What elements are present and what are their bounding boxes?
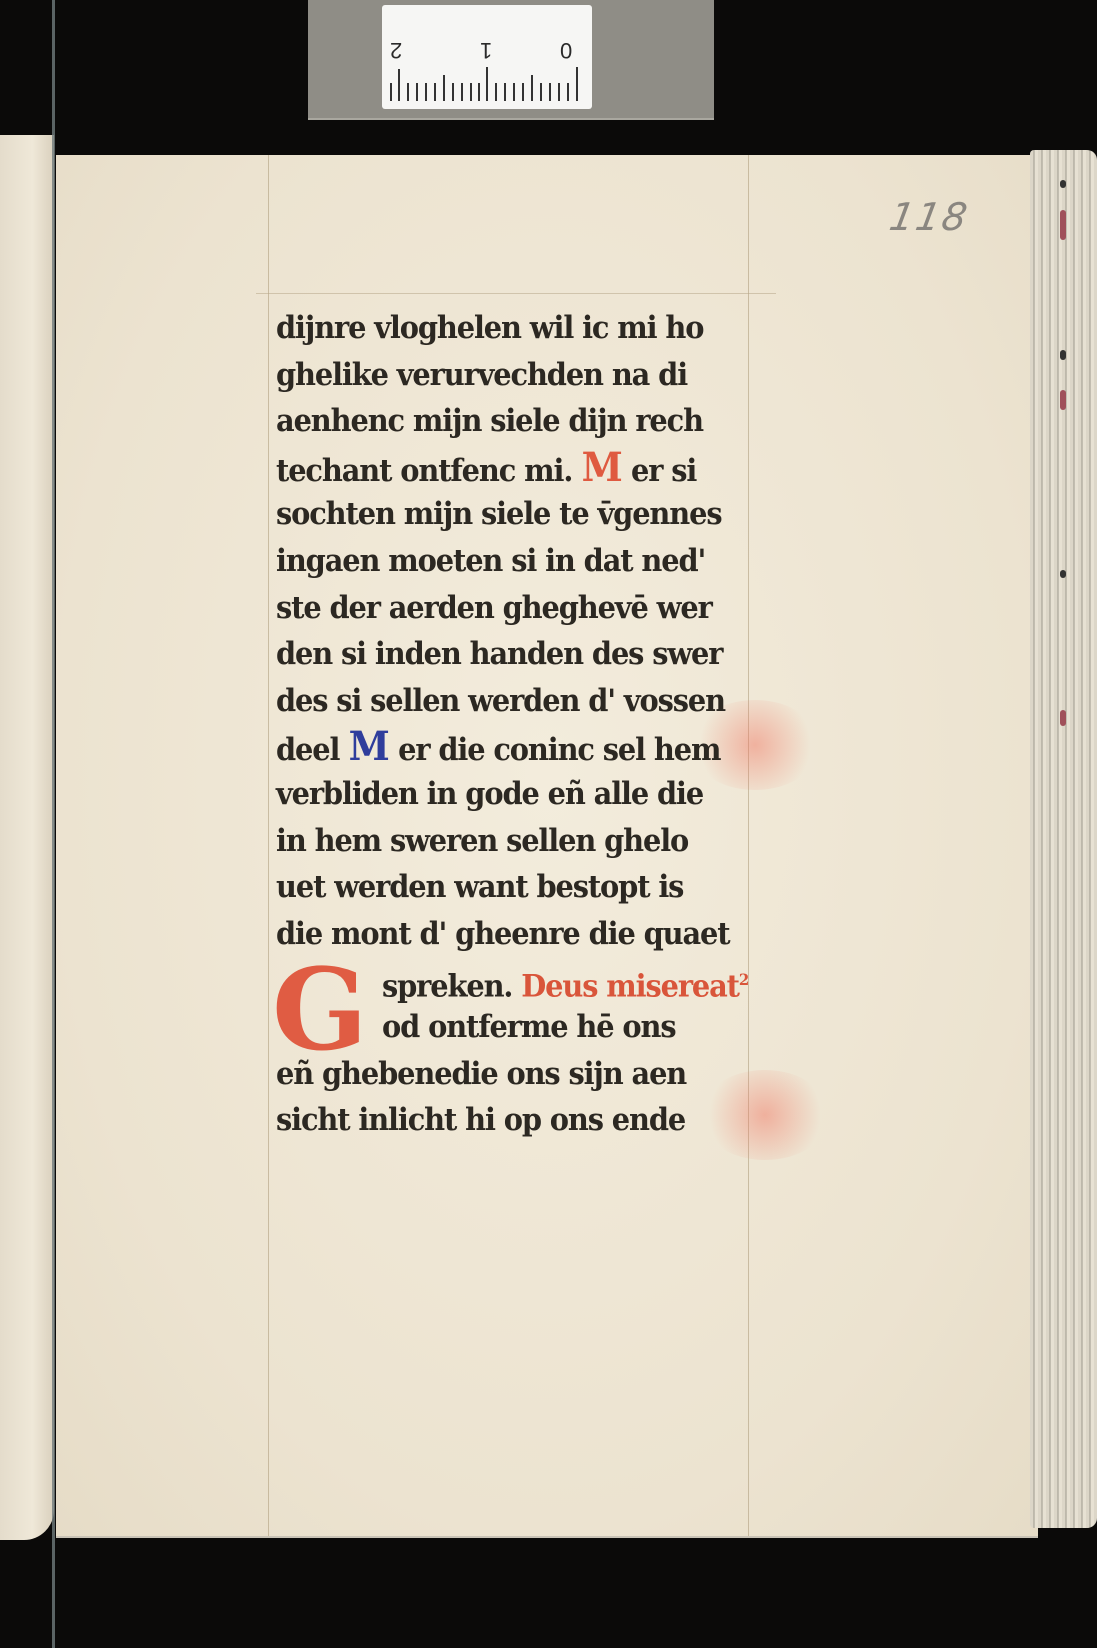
ruler-number-1: 1 xyxy=(480,37,492,63)
text-line: den si inden handen des swer xyxy=(276,631,797,678)
text-line: uet werden want bestopt is xyxy=(276,864,797,911)
text-segment: spreken. xyxy=(382,969,512,1005)
ruling-top xyxy=(256,293,776,294)
color-scale-card: 2 1 0 xyxy=(308,0,714,120)
text-segment: techant ontfenc mi. xyxy=(276,453,572,489)
text-segment: er die coninc sel hem xyxy=(398,732,720,768)
text-block-edges xyxy=(1030,150,1097,1528)
rubric: Deus misereat xyxy=(521,969,739,1005)
text-line: ghelike verurvechden na di xyxy=(276,352,797,399)
decorated-initial: G xyxy=(272,955,368,1067)
glass-plate-edge xyxy=(52,0,55,1648)
text-line: verbliden in gode eñ alle die xyxy=(276,771,797,818)
text-line: aenhenc mijn siele dijn rech xyxy=(276,398,797,445)
ruler-number-2: 2 xyxy=(390,37,402,63)
text-segment: er si xyxy=(631,453,696,489)
text-line: des si sellen werden d' vossen xyxy=(276,678,797,725)
ruling-left xyxy=(268,155,269,1536)
rubric-superscript: 2 xyxy=(739,970,748,989)
text-line: in hem sweren sellen ghelo xyxy=(276,818,797,865)
text-line: sicht inlicht hi op ons ende xyxy=(276,1097,797,1144)
text-line: sochten mijn siele te v̄gennes xyxy=(276,491,797,538)
text-line: ingaen moeten si in dat ned' xyxy=(276,538,797,585)
text-line: ste der aerden gheghevē wer xyxy=(276,585,797,632)
red-initial: M xyxy=(581,445,622,492)
ruler-label: 2 1 0 xyxy=(382,5,592,109)
blue-initial: M xyxy=(348,724,389,771)
text-segment: deel xyxy=(276,732,339,768)
text-line: techant ontfenc mi. M er si xyxy=(276,445,797,492)
text-line: deel M er die coninc sel hem xyxy=(276,724,797,771)
ruler-number-0: 0 xyxy=(560,37,572,63)
text-line: dijnre vloghelen wil ic mi ho xyxy=(276,305,797,352)
folio-number: 118 xyxy=(886,195,972,239)
left-page-edge xyxy=(0,135,54,1540)
